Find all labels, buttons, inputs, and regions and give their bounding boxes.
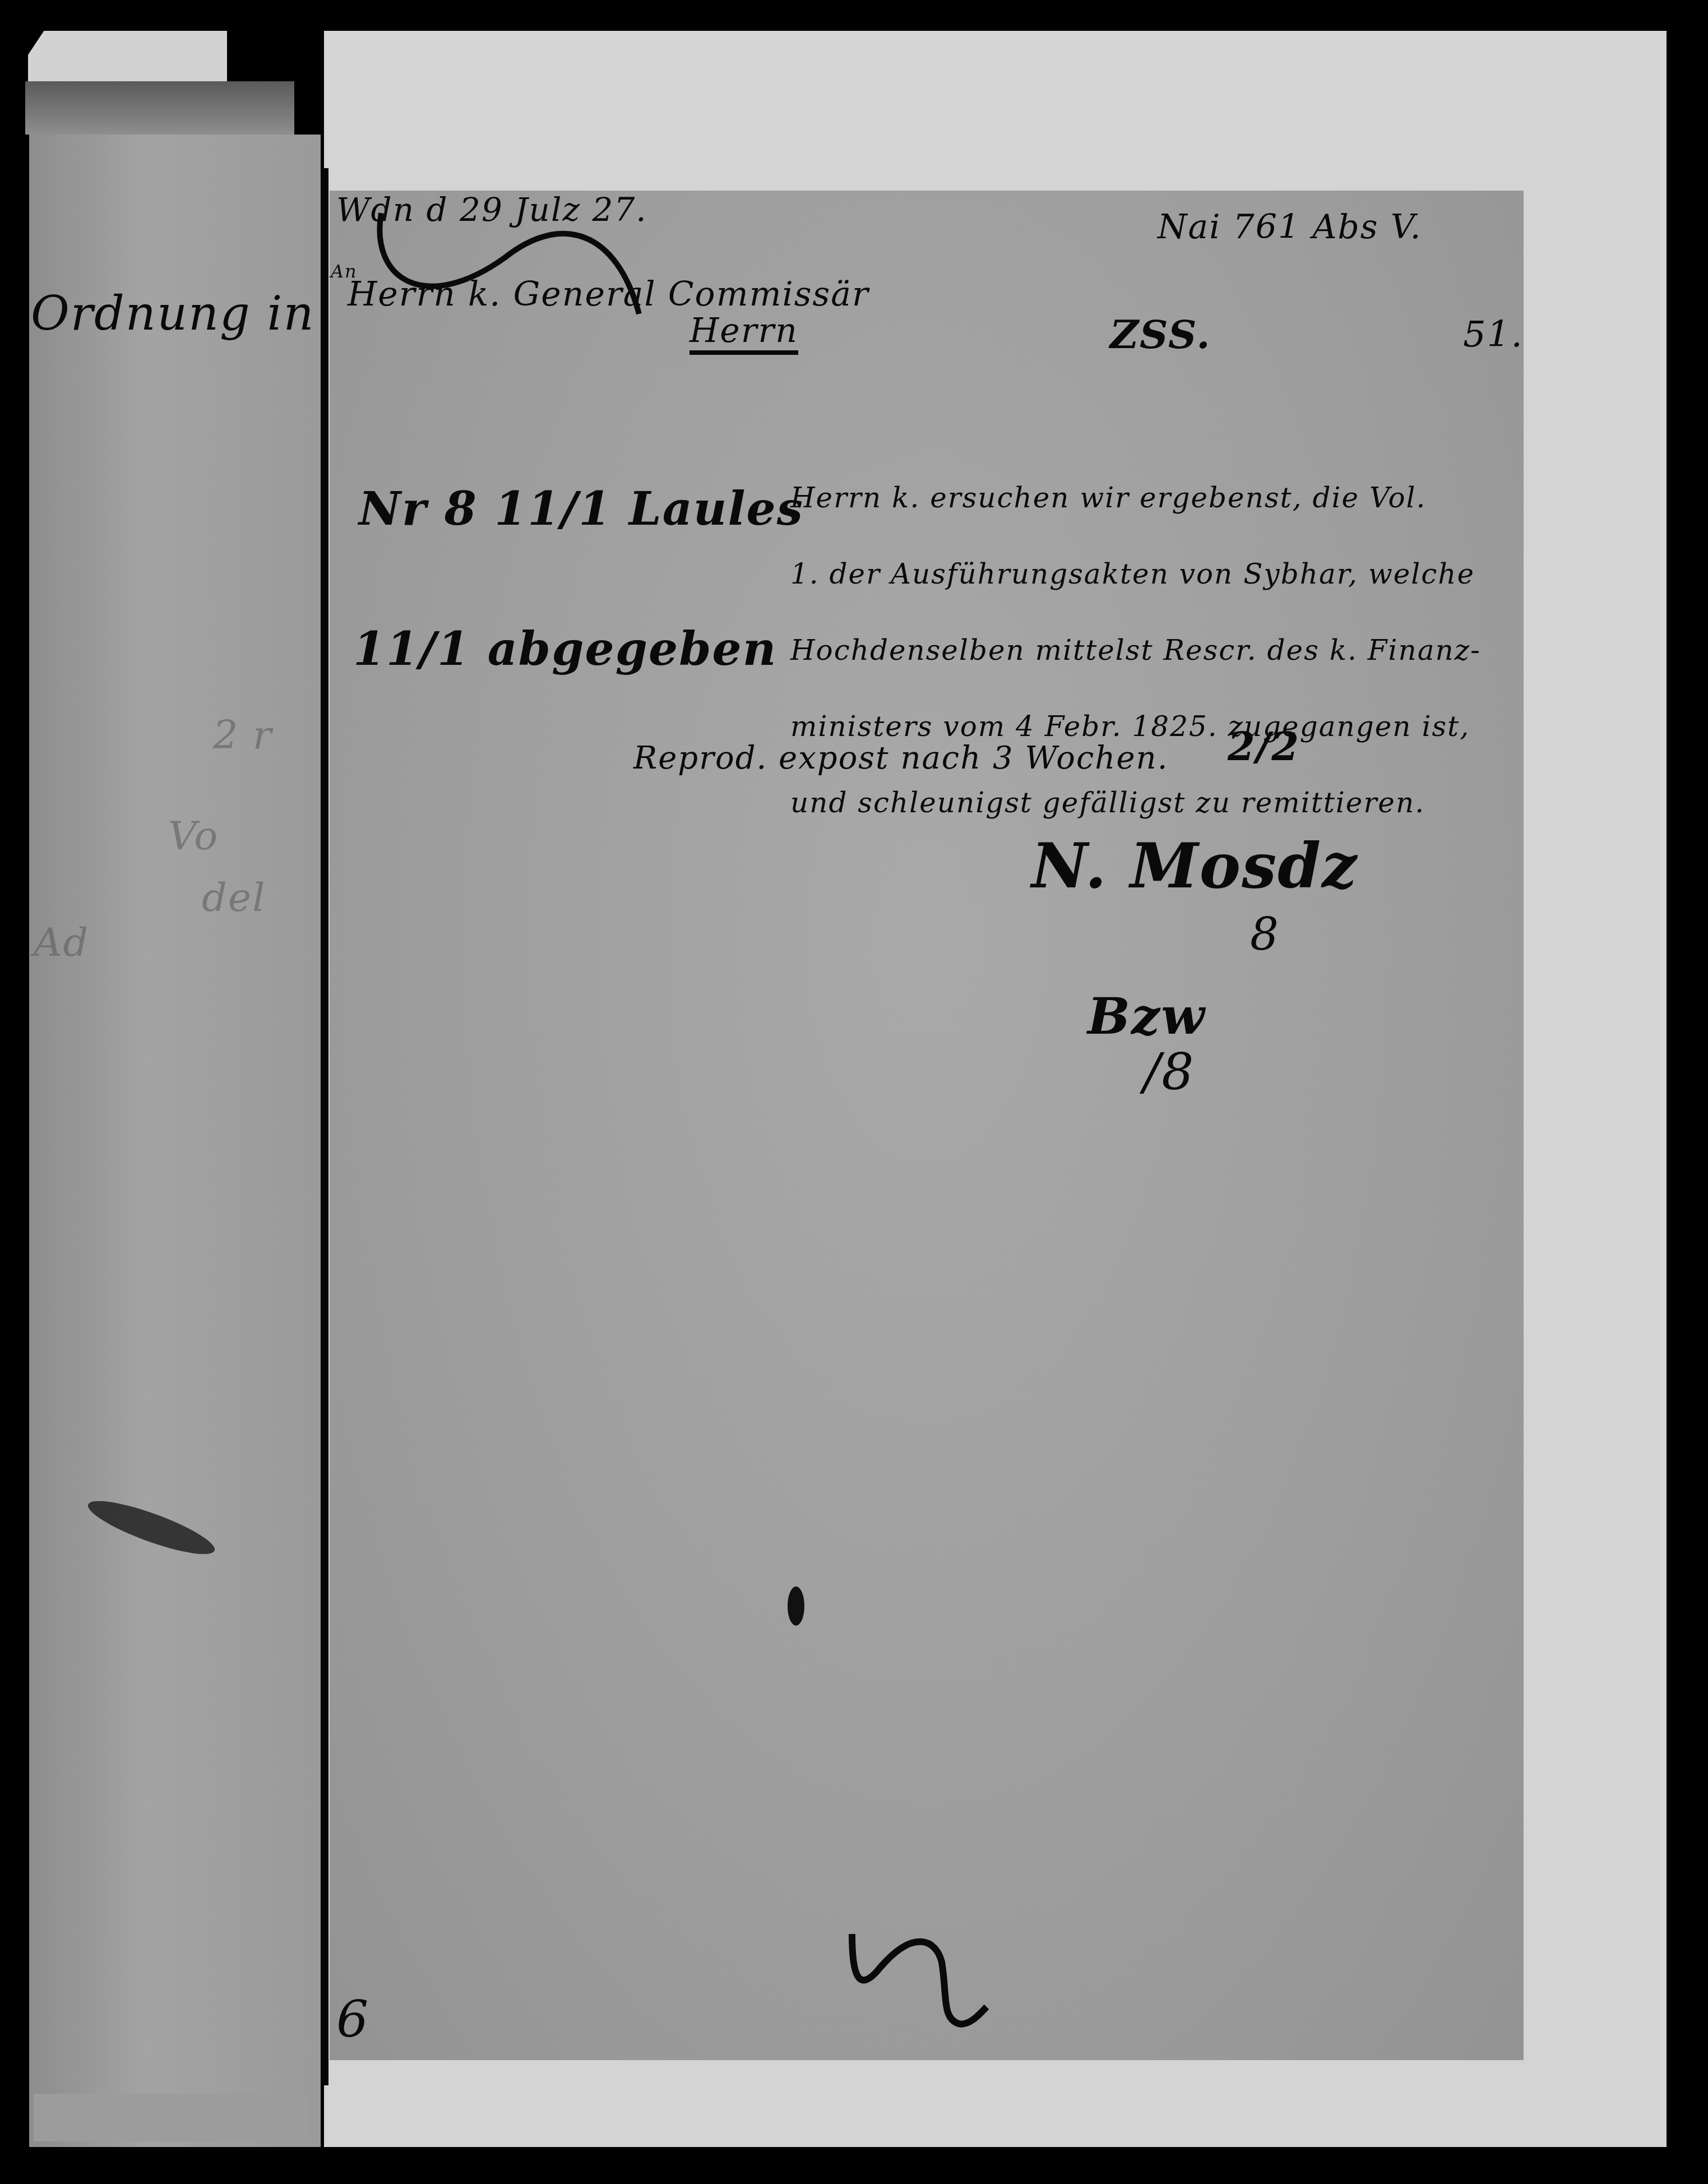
left-strip-faint-2: Vo <box>168 813 219 859</box>
margin-note-1: Nr 8 11/1 Laules <box>359 482 804 536</box>
reference-mark: ZSS. <box>1110 311 1211 358</box>
left-strip-shadow <box>25 81 294 135</box>
fraction-note: 2/2 <box>1228 723 1300 770</box>
binding-edge <box>322 168 328 2085</box>
addressee-line-1: Herrn k. General Commissär <box>348 275 869 314</box>
left-strip-heading: Ordnung in <box>31 286 315 341</box>
left-strip-bottom <box>34 2094 308 2141</box>
left-strip-faint-1: 2 r <box>213 712 272 758</box>
body-line: Hochdenselben mittelst Rescr. des k. Fin… <box>790 612 1481 688</box>
left-strip-top-flap <box>28 31 227 84</box>
body-line: Herrn k. ersuchen wir ergebenst, die Vol… <box>790 460 1481 536</box>
margin-note-2: 11/1 abgegeben <box>353 622 777 676</box>
addressee-line-2: Herrn <box>689 311 798 355</box>
bottom-flourish <box>846 1928 1026 2043</box>
ink-spot <box>788 1586 804 1626</box>
left-folded-strip <box>29 135 321 2147</box>
header-reference: Nai 761 Abs V. <box>1158 207 1422 247</box>
signature-sub: 8 <box>1250 908 1280 960</box>
initials: Bzw <box>1087 987 1206 1046</box>
reprod-note: Reprod. expost nach 3 Wochen. <box>633 740 1168 776</box>
bottom-left-mark: 6 <box>336 1990 369 2049</box>
signature: N. Mosdz <box>1031 830 1358 902</box>
letter-body: Herrn k. ersuchen wir ergebenst, die Vol… <box>790 460 1481 841</box>
body-line: 1. der Ausführungsakten von Sybhar, welc… <box>790 536 1481 612</box>
folio-number: 51. <box>1463 314 1524 355</box>
left-strip-faint-4: Ad <box>34 919 89 965</box>
initials-sub: /8 <box>1144 1043 1195 1102</box>
left-strip-faint-3: del <box>202 874 266 920</box>
